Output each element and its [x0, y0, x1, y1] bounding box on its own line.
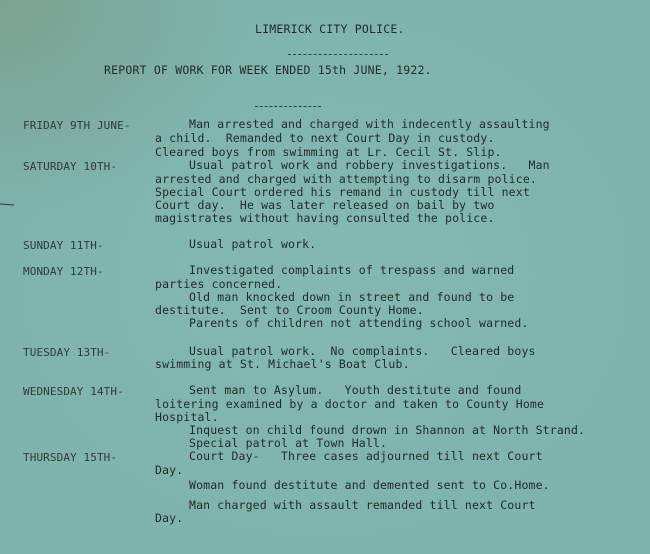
entry-line: Usual patrol work. No complaints. Cleare…: [189, 344, 536, 358]
subtitle-underline: [255, 106, 321, 107]
entry-line: Parents of children not attending school…: [189, 316, 529, 330]
entry-line: Cleared boys from swimming at Lr. Cecil …: [155, 145, 502, 159]
entry-line: Special patrol at Town Hall.: [189, 436, 387, 450]
police-report-page: LIMERICK CITY POLICE. REPORT OF WORK FOR…: [0, 0, 650, 554]
entry-line: Court day. He was later released on bail…: [155, 198, 495, 212]
entry-line: Man charged with assault remanded till n…: [189, 498, 536, 512]
day-label-saturday: SATURDAY 10TH-: [23, 160, 117, 173]
entry-line: Man arrested and charged with indecently…: [189, 117, 550, 131]
entry-line: Old man knocked down in street and found…: [189, 290, 514, 304]
entry-line: Hospital.: [155, 410, 219, 424]
entry-line: Usual patrol work.: [189, 237, 316, 251]
entry-line: destitute. Sent to Croom County Home.: [155, 303, 424, 317]
margin-pen-mark: [0, 204, 14, 206]
day-label-tuesday: TUESDAY 13TH-: [23, 346, 110, 359]
entry-line: Special Court ordered his remand in cust…: [155, 185, 530, 199]
entry-line: Investigated complaints of trespass and …: [189, 263, 514, 277]
report-heading: LIMERICK CITY POLICE.: [255, 22, 405, 36]
entry-line: Day.: [155, 511, 183, 525]
day-label-wednesday: WEDNESDAY 14TH-: [23, 385, 124, 398]
report-subtitle: REPORT OF WORK FOR WEEK ENDED 15th JUNE,…: [104, 63, 432, 77]
entry-line: Sent man to Asylum. Youth destitute and …: [189, 383, 521, 397]
entry-line: parties concerned.: [155, 277, 282, 291]
entry-line: loitering examined by a doctor and taken…: [155, 397, 544, 411]
entry-line: swimming at St. Michael's Boat Club.: [155, 357, 410, 371]
day-label-friday: FRIDAY 9TH JUNE-: [23, 119, 131, 132]
day-label-thursday: THURSDAY 15TH-: [23, 451, 117, 464]
entry-line: Court Day- Three cases adjourned till ne…: [189, 449, 543, 463]
entry-line: a child. Remanded to next Court Day in c…: [155, 131, 495, 145]
heading-underline: [288, 54, 388, 55]
entry-line: Usual patrol work and robbery investigat…: [189, 158, 550, 172]
day-label-sunday: SUNDAY 11TH-: [23, 239, 104, 252]
entry-line: arrested and charged with attempting to …: [155, 172, 537, 186]
day-label-monday: MONDAY 12TH-: [23, 265, 104, 278]
entry-line: magistrates without having consulted the…: [155, 211, 495, 225]
entry-line: Day.: [155, 463, 183, 477]
entry-line: Woman found destitute and demented sent …: [189, 478, 550, 492]
entry-line: Inquest on child found drown in Shannon …: [189, 423, 585, 437]
